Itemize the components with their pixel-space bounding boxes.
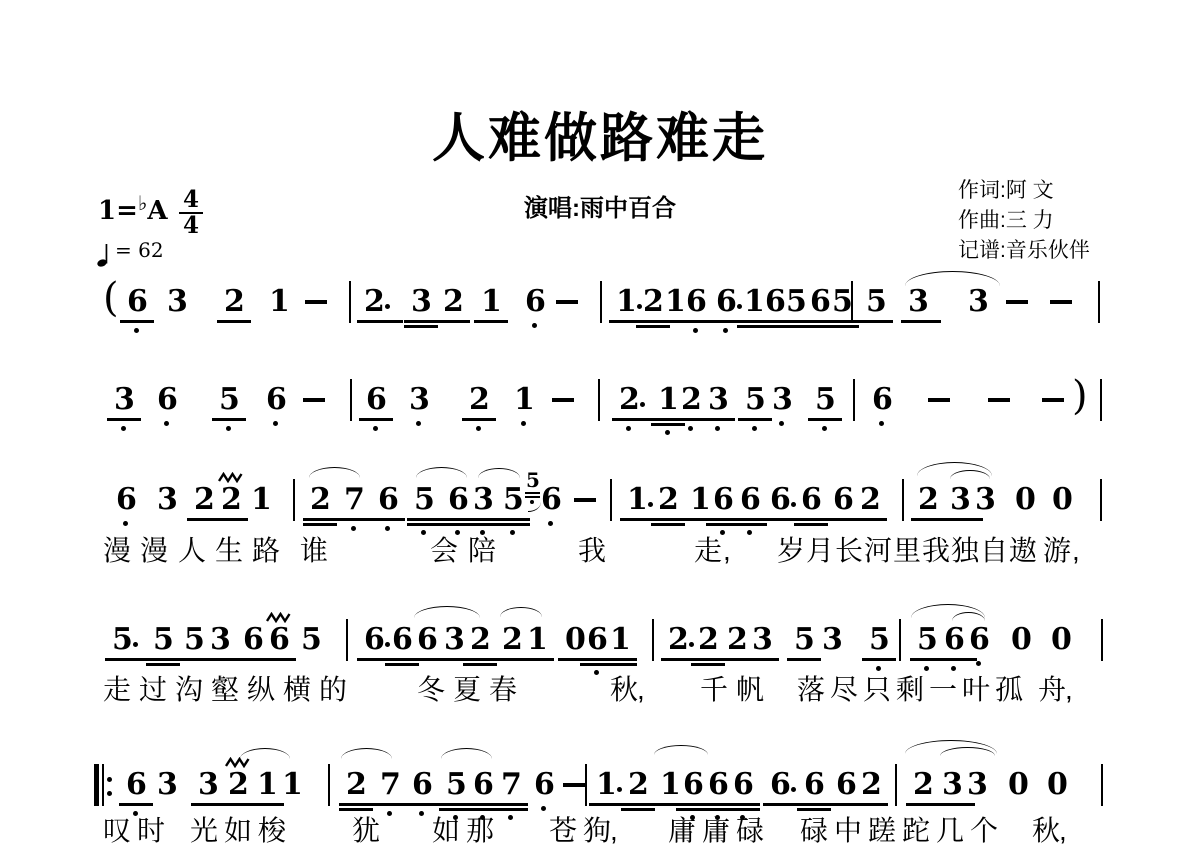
note-digit: 3 (975, 485, 996, 515)
beam-underline (120, 320, 154, 323)
low-octave-dot (626, 426, 631, 431)
beam-underline (651, 423, 685, 426)
note-digit: 1 (744, 287, 765, 317)
lyric-char: 叹 (103, 817, 131, 845)
note-digit: 5 (153, 625, 174, 655)
note-digit: 6 (157, 385, 178, 415)
beam-underline (407, 523, 441, 526)
beam-underline (738, 418, 772, 421)
lyric-char: , (1072, 537, 1080, 565)
sheet-music-page: 人难做路难走 演唱:雨中百合 作词:阿 文 作曲:三 力 记谱:音乐伙伴 1=♭… (0, 0, 1200, 850)
duration-dash (556, 300, 578, 304)
low-octave-dot (510, 530, 515, 535)
lyric-char: 路 (252, 537, 280, 565)
low-octave-dot (385, 526, 390, 531)
note-digit: 5 (917, 625, 938, 655)
lyric-char: 过 (139, 676, 167, 704)
augmentation-dot (737, 304, 742, 309)
beam-underline (808, 418, 842, 421)
beam-underline (373, 803, 407, 806)
bar-line (349, 281, 351, 323)
beam-underline (191, 803, 225, 806)
low-octave-dot (421, 530, 426, 535)
note-digit: 3 (822, 625, 843, 655)
beam-underline (794, 518, 828, 521)
beam-underline (357, 320, 403, 323)
lyric-char: 帆 (736, 676, 764, 704)
beam-underline (621, 808, 655, 811)
beam-underline (474, 320, 508, 323)
beam-underline (825, 325, 859, 328)
note-digit: 6 (127, 287, 148, 317)
beam-underline (853, 518, 887, 521)
note-digit: 3 (444, 625, 465, 655)
lyric-char: 秋 (610, 676, 638, 704)
score-layer: (63212321612166165655333656632121235356)… (0, 0, 1200, 850)
beam-underline (250, 803, 284, 806)
bar-line (899, 619, 901, 661)
lyric-char: , (637, 676, 645, 704)
note-digit: 2 (619, 385, 640, 415)
note-digit: 1 (665, 287, 686, 317)
beam-underline (404, 320, 438, 323)
bar-line (652, 619, 654, 661)
note-digit: 3 (210, 625, 231, 655)
duration-dash (552, 398, 574, 402)
note-digit: 6 (417, 625, 438, 655)
low-octave-dot (226, 426, 231, 431)
lyric-char: , (1065, 676, 1073, 704)
note-digit: 0 (1015, 485, 1036, 515)
duration-dash (305, 300, 327, 304)
beam-underline (726, 803, 760, 806)
note-digit: 7 (380, 770, 401, 800)
low-octave-dot (779, 421, 784, 426)
beam-underline (621, 803, 655, 806)
beam-underline (303, 518, 337, 521)
duration-dash (574, 498, 596, 502)
note-digit: 2 (681, 385, 702, 415)
note-digit: 1 (658, 385, 679, 415)
grace-underline (525, 492, 540, 494)
note-digit: 2 (861, 770, 882, 800)
augmentation-dot (133, 642, 138, 647)
low-octave-dot (548, 521, 553, 526)
low-octave-dot (594, 670, 599, 675)
note-digit: 3 (908, 287, 929, 317)
lyric-char: 春 (489, 676, 517, 704)
beam-underline (436, 320, 470, 323)
bar-line (600, 281, 602, 323)
note-digit: 6 (392, 625, 413, 655)
lyric-char: 庸 (668, 817, 696, 845)
note-digit: 2 (310, 485, 331, 515)
note-digit: 3 (950, 485, 971, 515)
low-octave-dot (387, 811, 392, 816)
beam-underline (339, 808, 373, 811)
lyric-char: 狗 (583, 817, 611, 845)
lyric-char: 苍 (549, 817, 577, 845)
bar-line (1100, 479, 1102, 521)
beam-underline (466, 518, 500, 521)
note-digit: 1 (481, 287, 502, 317)
beam-underline (496, 523, 530, 526)
repeat-dot (107, 777, 112, 782)
bar-line (1101, 764, 1103, 806)
low-octave-dot (693, 328, 698, 333)
note-digit: 2 (628, 770, 649, 800)
beam-underline (797, 808, 831, 811)
beam-underline (911, 518, 945, 521)
beam-underline (679, 320, 713, 323)
beam-underline (794, 523, 828, 526)
note-digit: 5 (112, 625, 133, 655)
duration-dash (1006, 300, 1028, 304)
augmentation-dot (385, 304, 390, 309)
note-digit: 6 (770, 770, 791, 800)
beam-underline (496, 518, 530, 521)
note-digit: 6 (541, 485, 562, 515)
bar-line (585, 764, 587, 806)
beam-underline (303, 523, 337, 526)
bar-line (346, 619, 348, 661)
beam-underline (603, 663, 637, 666)
note-digit: 5 (219, 385, 240, 415)
grace-note: 5 (526, 470, 540, 490)
lyric-char: 一 (929, 676, 957, 704)
low-octave-dot (121, 426, 126, 431)
note-digit: 3 (167, 287, 188, 317)
note-digit: 6 (713, 485, 734, 515)
low-octave-dot (373, 426, 378, 431)
note-digit: 2 (364, 287, 385, 317)
lyric-char: 月 (806, 537, 834, 565)
note-digit: 2 (221, 485, 242, 515)
lyric-char: 的 (319, 676, 347, 704)
low-octave-dot (134, 328, 139, 333)
note-digit: 2 (443, 287, 464, 317)
augmentation-dot (648, 502, 653, 507)
augmentation-dot (689, 642, 694, 647)
bar-line (1100, 379, 1102, 421)
beam-underline (494, 803, 528, 806)
note-digit: 5 (866, 287, 887, 317)
beam-underline (733, 518, 767, 521)
lyric-char: 那 (466, 817, 494, 845)
mordent-icon (218, 470, 245, 488)
note-digit: 1 (610, 625, 631, 655)
note-digit: 5 (184, 625, 205, 655)
note-digit: 6 (412, 770, 433, 800)
note-digit: 1 (660, 770, 681, 800)
duration-dash (1050, 300, 1072, 304)
slur-arc (478, 468, 520, 478)
low-octave-dot (879, 421, 884, 426)
lyric-char: 只 (863, 676, 891, 704)
augmentation-dot (637, 304, 642, 309)
augmentation-dot (640, 402, 645, 407)
lyric-char: 碌 (800, 817, 828, 845)
note-digit: 6 (708, 770, 729, 800)
beam-underline (494, 808, 528, 811)
beam-underline (603, 658, 637, 661)
note-digit: 5 (414, 485, 435, 515)
lyric-char: 自 (980, 537, 1008, 565)
note-digit: 0 (1047, 770, 1068, 800)
beam-underline (385, 663, 419, 666)
note-digit: 6 (378, 485, 399, 515)
low-octave-dot (351, 526, 356, 531)
note-digit: 6 (740, 485, 761, 515)
note-digit: 5 (503, 485, 524, 515)
note-digit: 6 (716, 287, 737, 317)
beam-underline (405, 803, 439, 806)
lyric-char: 舟 (1038, 676, 1066, 704)
beam-underline (404, 325, 438, 328)
beam-underline (462, 418, 496, 421)
lyric-char: 纵 (247, 676, 275, 704)
note-digit: 3 (752, 625, 773, 655)
note-digit: 0 (1011, 625, 1032, 655)
note-digit: 1 (269, 287, 290, 317)
repeat-barline-thick (94, 764, 99, 806)
note-digit: 6 (116, 485, 137, 515)
beam-underline (859, 320, 893, 323)
lyric-char: 中 (834, 817, 862, 845)
bar-line (853, 379, 855, 421)
slur-arc (500, 607, 542, 617)
duration-dash (303, 398, 325, 402)
lyric-char: 河 (864, 537, 892, 565)
low-octave-dot (715, 426, 720, 431)
lyric-char: 人 (178, 537, 206, 565)
bar-line (1098, 281, 1100, 323)
slur-arc (441, 748, 492, 759)
note-digit: 6 (448, 485, 469, 515)
repeat-dot (107, 791, 112, 796)
low-octave-dot (521, 421, 526, 426)
beam-underline (701, 418, 735, 421)
note-digit: 5 (745, 385, 766, 415)
note-digit: 1 (251, 485, 272, 515)
note-digit: 0 (565, 625, 586, 655)
note-digit: 6 (686, 287, 707, 317)
note-digit: 2 (727, 625, 748, 655)
lyric-char: 横 (283, 676, 311, 704)
note-digit: 6 (534, 770, 555, 800)
lyric-char: 我 (922, 537, 950, 565)
beam-underline (691, 663, 725, 666)
note-digit: 2 (469, 385, 490, 415)
augmentation-dot (617, 787, 622, 792)
lyric-char: 会 (430, 537, 458, 565)
beam-underline (733, 523, 767, 526)
note-digit: 7 (501, 770, 522, 800)
note-digit: 3 (157, 770, 178, 800)
note-digit: 3 (967, 770, 988, 800)
lyric-char: 长 (835, 537, 863, 565)
lyric-char: 冬 (417, 676, 445, 704)
note-digit: 5 (786, 287, 807, 317)
slur-arc (654, 745, 708, 755)
slur-arc (416, 467, 467, 478)
low-octave-dot (665, 430, 670, 435)
lyric-char: 光 (190, 817, 218, 845)
note-digit: 5 (301, 625, 322, 655)
lyric-char: 独 (951, 537, 979, 565)
note-digit: 3 (772, 385, 793, 415)
lyric-char: 千 (700, 676, 728, 704)
lyric-char: 漫 (140, 537, 168, 565)
low-octave-dot (976, 661, 981, 666)
note-digit: 1 (282, 770, 303, 800)
note-digit: 2 (860, 485, 881, 515)
bar-line (328, 764, 330, 806)
lyric-char: 如 (432, 817, 460, 845)
note-digit: 6 (587, 625, 608, 655)
beam-underline (937, 658, 977, 661)
note-digit: 2 (346, 770, 367, 800)
augmentation-dot (791, 502, 796, 507)
beam-underline (466, 523, 500, 526)
note-digit: 0 (1008, 770, 1029, 800)
note-digit: 0 (1051, 625, 1072, 655)
duration-dash (1042, 398, 1064, 402)
beam-underline (262, 658, 296, 661)
note-digit: 6 (366, 385, 387, 415)
note-digit: 3 (409, 385, 430, 415)
note-digit: 3 (708, 385, 729, 415)
lyric-char: 走 (694, 537, 722, 565)
note-digit: 3 (157, 485, 178, 515)
lyric-char: 蹉 (868, 817, 896, 845)
note-digit: 3 (114, 385, 135, 415)
lyric-char: 几 (936, 817, 964, 845)
beam-underline (119, 803, 153, 806)
lyric-char: 遨 (1009, 537, 1037, 565)
beam-underline (463, 663, 497, 666)
augmentation-dot (385, 642, 390, 647)
beam-underline (337, 518, 371, 521)
beam-underline (146, 658, 180, 661)
beam-underline (203, 658, 237, 661)
note-digit: 2 (228, 770, 249, 800)
note-digit: 6 (243, 625, 264, 655)
note-digit: 1 (514, 385, 535, 415)
note-digit: 1 (616, 287, 637, 317)
lyric-char: 时 (137, 817, 165, 845)
lyric-char: 沟 (175, 676, 203, 704)
lyric-char: 个 (970, 817, 998, 845)
beam-underline (371, 518, 405, 521)
low-octave-dot (752, 426, 757, 431)
bar-line (1101, 619, 1103, 661)
duration-dash (563, 783, 585, 787)
lyric-char: 尽 (830, 676, 858, 704)
mordent-icon (266, 610, 293, 628)
note-digit: 6 (872, 385, 893, 415)
beam-underline (212, 418, 246, 421)
bar-line (902, 479, 904, 521)
beam-underline (862, 658, 896, 661)
low-octave-dot (951, 666, 956, 671)
lyric-char: 如 (224, 817, 252, 845)
note-digit: 2 (668, 625, 689, 655)
low-octave-dot (747, 530, 752, 535)
lyric-char: 我 (578, 537, 606, 565)
duration-dash (988, 398, 1010, 402)
beam-underline (339, 803, 373, 806)
grace-slur (528, 502, 541, 512)
beam-underline (745, 658, 779, 661)
note-digit: 1 (257, 770, 278, 800)
note-digit: 6 (126, 770, 147, 800)
phrase-paren: ( (103, 278, 119, 318)
note-digit: 6 (801, 485, 822, 515)
note-digit: 2 (643, 287, 664, 317)
note-digit: 2 (224, 287, 245, 317)
note-digit: 6 (836, 770, 857, 800)
note-digit: 6 (525, 287, 546, 317)
note-digit: 3 (473, 485, 494, 515)
note-digit: 3 (968, 287, 989, 317)
beam-underline (463, 658, 497, 661)
note-digit: 2 (913, 770, 934, 800)
beam-underline (105, 658, 151, 661)
note-digit: 6 (473, 770, 494, 800)
bar-line (610, 479, 612, 521)
lyric-char: , (723, 537, 731, 565)
slur-arc (240, 748, 290, 759)
note-digit: 6 (269, 625, 290, 655)
lyric-char: 庸 (702, 817, 730, 845)
lyric-char: 游 (1043, 537, 1071, 565)
beam-underline (146, 663, 180, 666)
beam-underline (214, 518, 248, 521)
note-digit: 1 (527, 625, 548, 655)
note-digit: 6 (765, 287, 786, 317)
note-digit: 1 (596, 770, 617, 800)
lyric-char: 犹 (352, 817, 380, 845)
slur-arc (341, 748, 392, 759)
beam-underline (520, 658, 554, 661)
note-digit: 6 (770, 485, 791, 515)
note-digit: 5 (446, 770, 467, 800)
low-octave-dot (416, 421, 421, 426)
lyric-char: 陪 (468, 537, 496, 565)
duration-dash (928, 398, 950, 402)
lyric-char: , (1059, 817, 1067, 845)
lyric-char: 梭 (258, 817, 286, 845)
beam-underline (636, 325, 670, 328)
low-octave-dot (924, 666, 929, 671)
beam-underline (651, 523, 685, 526)
augmentation-dot (791, 787, 796, 792)
lyric-char: 碌 (736, 817, 764, 845)
lyric-char: 剩 (896, 676, 924, 704)
beam-underline (651, 518, 685, 521)
slur-arc (414, 606, 480, 618)
lyric-char: 漫 (103, 537, 131, 565)
note-digit: 1 (690, 485, 711, 515)
low-octave-dot (419, 811, 424, 816)
beam-underline (407, 518, 441, 521)
note-digit: 5 (832, 287, 853, 317)
note-digit: 2 (194, 485, 215, 515)
beam-underline (797, 803, 831, 806)
low-octave-dot (723, 328, 728, 333)
note-digit: 3 (411, 287, 432, 317)
